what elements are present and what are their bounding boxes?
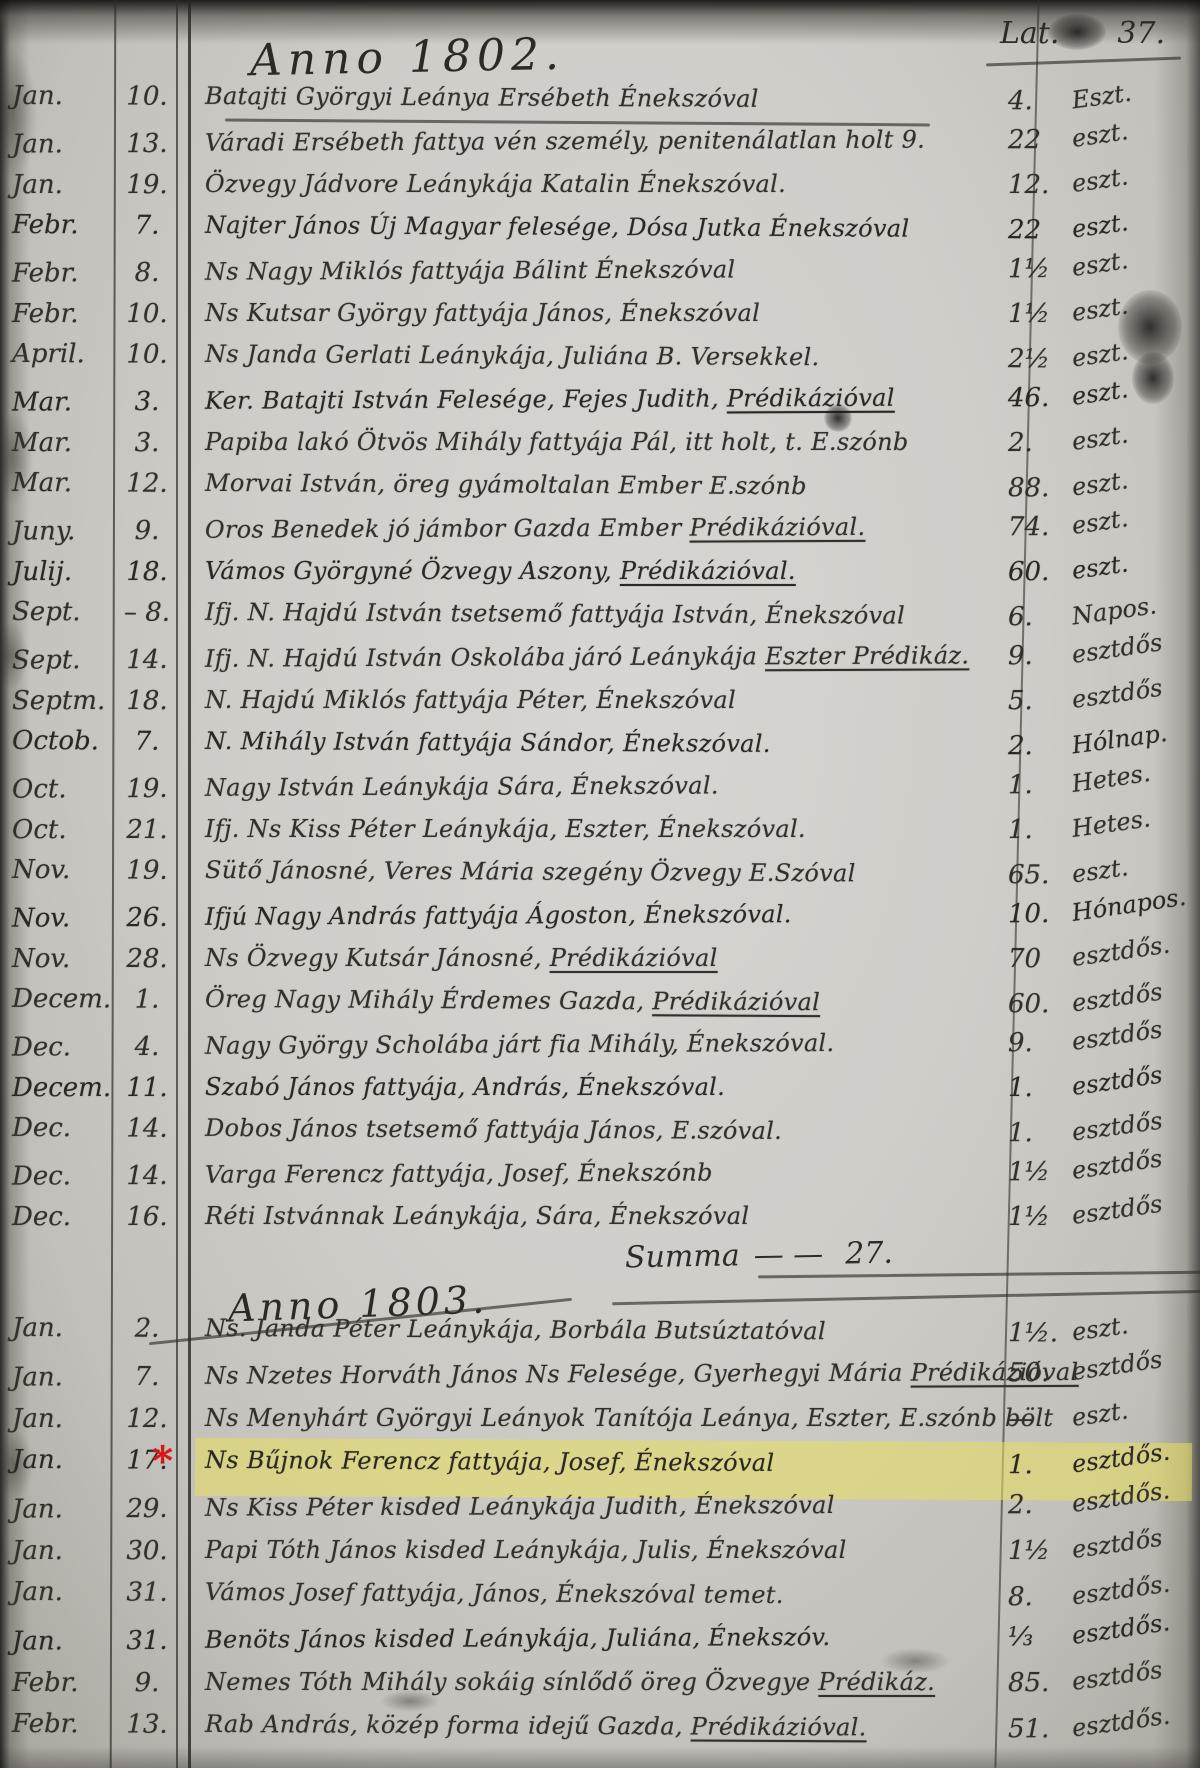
summa-dashes: — — — [753, 1237, 823, 1273]
day-cell: 14. — [114, 1161, 180, 1191]
entries-1802-section: Jan. 10. Batajti Györgyi Leánya Ersébeth… — [0, 84, 1200, 1245]
register-row: Dec. 14. Dobos János tsetsemő fattyája J… — [0, 1113, 1200, 1162]
page-number-underline — [986, 57, 1181, 67]
entry-text: Nagy István Leánykája Sára, Énekszóval. — [205, 771, 719, 801]
register-row: Jan. 10. Batajti Györgyi Leánya Ersébeth… — [0, 81, 1200, 130]
register-row: Febr. 7. Najter János Új Magyar felesége… — [0, 210, 1200, 259]
entry-text: N. Hajdú Miklós fattyája Péter, Énekszóv… — [205, 686, 736, 714]
age-unit: eszt. — [1070, 1311, 1130, 1346]
age-value: 1½ — [1008, 1157, 1050, 1187]
age-value: 1. — [1008, 1118, 1033, 1148]
entry-text: Réti Istvánnak Leánykája, Sára, Énekszóv… — [205, 1202, 749, 1230]
day-cell: – 8. — [114, 597, 180, 627]
age-value: 2. — [1008, 428, 1033, 458]
summa-label: Summa — [625, 1238, 740, 1275]
month-cell: Jan. — [12, 1362, 108, 1392]
register-page-scan: Anno 1802. Lat.37. Jan. 10. Batajti Györ… — [0, 0, 1200, 1768]
entry-text: Ns Menyhárt Györgyi Leányok Tanítója Leá… — [205, 1404, 1053, 1432]
month-cell: Jan. — [12, 170, 108, 200]
month-cell: Oct. — [12, 815, 108, 845]
month-cell: Febr. — [12, 210, 108, 241]
entry-text: Ifjú Nagy András fattyája Ágoston, Éneks… — [205, 900, 792, 931]
day-cell: 12. — [114, 468, 180, 498]
summa-value: 27. — [845, 1236, 893, 1272]
entry-text: N. Mihály István fattyája Sándor, Éneksz… — [205, 727, 771, 758]
month-cell: Jan. — [12, 1626, 108, 1656]
age-value: 12. — [1008, 170, 1049, 200]
entry-text: Ns. Janda Péter Leánykája, Borbála Butsú… — [205, 1314, 826, 1345]
register-row: Septm. 18. N. Hajdú Miklós fattyája Péte… — [0, 686, 1200, 729]
register-row: Nov. 28. Ns Özvegy Kutsár Jánosné, Prédi… — [0, 944, 1200, 987]
register-row: Mar. 3. Papiba lakó Ötvös Mihály fattyáj… — [0, 428, 1200, 471]
age-value: 2. — [1008, 731, 1033, 761]
entry-text: Ns Kiss Péter kisded Leánykája Judith, É… — [205, 1491, 835, 1522]
register-row: Jan. 2. Ns. Janda Péter Leánykája, Borbá… — [0, 1313, 1200, 1363]
age-value: 1. — [1008, 770, 1033, 800]
age-value: 2. — [1008, 1490, 1033, 1520]
month-cell: Julij. — [12, 557, 108, 587]
month-cell: Nov. — [12, 944, 108, 974]
entry-text: Ns Özvegy Kutsár Jánosné, Prédikázióval — [205, 944, 718, 972]
month-cell: Mar. — [12, 428, 108, 458]
age-unit: eszt. — [1070, 208, 1130, 243]
day-cell: 16. — [114, 1202, 180, 1232]
age-value: 1½ — [1008, 1536, 1050, 1566]
day-cell: 4. — [114, 1032, 180, 1062]
day-cell: 13. — [114, 129, 180, 159]
age-value: 51. — [1008, 1714, 1050, 1744]
age-value: 5. — [1008, 686, 1033, 716]
month-cell: Nov. — [12, 903, 108, 933]
day-cell: 10. — [114, 81, 180, 111]
register-row: Oct. 21. Ifj. Ns Kiss Péter Leánykája, E… — [0, 815, 1200, 858]
month-cell: Jan. — [12, 1313, 108, 1344]
month-cell: Mar. — [12, 387, 108, 417]
age-value: 6. — [1008, 602, 1033, 632]
day-cell: 12. — [114, 1404, 180, 1434]
age-value: 50. — [1008, 1358, 1049, 1388]
month-cell: Febr. — [12, 258, 108, 288]
age-value: 4. — [1008, 86, 1033, 116]
age-value: 1. — [1008, 1073, 1033, 1103]
day-cell: 14. — [114, 1113, 180, 1143]
month-cell: Decem. — [12, 984, 108, 1015]
day-cell: 2. — [114, 1313, 180, 1343]
month-cell: Dec. — [12, 1032, 108, 1062]
age-value: 46. — [1008, 383, 1049, 413]
register-row: Sept. – 8. Ifj. N. Hajdú István tsetsemő… — [0, 597, 1200, 646]
age-value: 74. — [1008, 512, 1049, 542]
register-row: Juny. 9. Oros Benedek jó jámbor Gazda Em… — [0, 511, 1200, 559]
register-row: Decem. 11. Szabó János fattyája, András,… — [0, 1073, 1200, 1116]
entry-text: Nemes Tóth Mihály sokáig sínlődő öreg Öz… — [205, 1668, 935, 1696]
register-row: Jan. 17. * Ns Bűjnok Ferencz fattyája, J… — [0, 1445, 1200, 1495]
register-row: Jan. 7. Ns Nzetes Horváth János Ns Feles… — [0, 1357, 1200, 1406]
month-cell: Febr. — [12, 1668, 108, 1698]
register-row: Decem. 1. Öreg Nagy Mihály Érdemes Gazda… — [0, 984, 1200, 1033]
day-cell: 29. — [114, 1494, 180, 1524]
entry-text: Batajti Györgyi Leánya Ersébeth Énekszóv… — [205, 82, 759, 113]
entry-text: Ns Kutsar György fattyája János, Énekszó… — [205, 299, 760, 327]
entry-text: Öreg Nagy Mihály Érdemes Gazda, Prédikáz… — [205, 985, 820, 1016]
register-row: Dec. 14. Varga Ferencz fattyája, Josef, … — [0, 1156, 1200, 1204]
month-cell: Juny. — [12, 516, 108, 546]
day-cell: 9. — [114, 516, 180, 546]
register-row: April. 10. Ns Janda Gerlati Leánykája, J… — [0, 339, 1200, 388]
register-row: Jan. 31. Vámos Josef fattyája, János, Én… — [0, 1577, 1200, 1627]
register-row: Febr. 9. Nemes Tóth Mihály sokáig sínlőd… — [0, 1668, 1200, 1712]
month-cell: Jan. — [12, 1404, 108, 1434]
day-cell: 7. — [114, 1362, 180, 1392]
register-row: Sept. 14. Ifj. N. Hajdú István Oskolába … — [0, 640, 1200, 688]
entry-text: Ns Janda Gerlati Leánykája, Juliána B. V… — [205, 340, 820, 371]
entry-text: Sütő Jánosné, Veres Mária szegény Özvegy… — [205, 856, 856, 887]
entry-text: Vámos Györgyné Özvegy Aszony, Prédikázió… — [205, 557, 796, 585]
entry-text: Ifj. N. Hajdú István tsetsemő fattyája I… — [205, 598, 905, 630]
day-cell: 8. — [114, 258, 180, 288]
age-value: 60. — [1008, 989, 1050, 1019]
day-cell: 26. — [114, 903, 180, 933]
ink-blot — [1048, 14, 1106, 50]
age-unit: eszt. — [1070, 853, 1130, 888]
month-cell: Jan. — [12, 1494, 108, 1524]
register-row: Nov. 26. Ifjú Nagy András fattyája Ágost… — [0, 898, 1200, 946]
month-cell: Dec. — [12, 1113, 108, 1144]
month-cell: Octob. — [12, 726, 108, 757]
month-cell: Oct. — [12, 774, 108, 804]
entry-text: Papi Tóth János kisded Leánykája, Julis,… — [205, 1536, 847, 1564]
register-row: Mar. 12. Morvai István, öreg gyámoltalan… — [0, 468, 1200, 517]
entry-text: Ifj. N. Hajdú István Oskolába járó Leány… — [205, 641, 969, 672]
entry-text: Váradi Ersébeth fattya vén személy, peni… — [205, 126, 925, 157]
register-row: Febr. 10. Ns Kutsar György fattyája Jáno… — [0, 299, 1200, 342]
register-row: Dec. 4. Nagy György Scholába járt fia Mi… — [0, 1027, 1200, 1075]
age-value: 10. — [1008, 899, 1049, 929]
age-value: 85. — [1008, 1668, 1049, 1698]
month-cell: Jan. — [12, 1577, 108, 1608]
month-cell: Decem. — [12, 1073, 108, 1103]
day-cell: 9. — [114, 1668, 180, 1698]
month-cell: Jan. — [12, 1536, 108, 1566]
age-value: 1½ — [1008, 1202, 1050, 1232]
month-cell: April. — [12, 339, 108, 370]
month-cell: Febr. — [12, 299, 108, 329]
register-row: Jan. 30. Papi Tóth János kisded Leánykáj… — [0, 1536, 1200, 1580]
entry-text: Ns Bűjnok Ferencz fattyája, Josef, Éneks… — [205, 1446, 774, 1477]
entry-text: Ns Nzetes Horváth János Ns Felesége, Gye… — [205, 1358, 1079, 1390]
age-value: 65. — [1008, 860, 1050, 890]
day-cell: 10. — [114, 339, 180, 369]
age-value: 8. — [1008, 1582, 1033, 1612]
day-cell: 31. — [114, 1577, 180, 1607]
entry-text: Szabó János fattyája, András, Énekszóval… — [205, 1073, 725, 1101]
entry-text: Najter János Új Magyar felesége, Dósa Ju… — [205, 211, 909, 243]
age-value: — — [1008, 1404, 1034, 1434]
age-unit: Eszt. — [1070, 79, 1133, 115]
day-cell: 19. — [114, 170, 180, 200]
day-cell: 21. — [114, 815, 180, 845]
entry-text: Oros Benedek jó jámbor Gazda Ember Prédi… — [205, 513, 866, 544]
age-value: 22 — [1008, 215, 1041, 245]
day-cell: 31. — [114, 1626, 180, 1656]
entry-text: Vámos Josef fattyája, János, Énekszóval … — [205, 1578, 784, 1609]
entry-text: Benöts János kisded Leánykája, Juliána, … — [205, 1623, 831, 1654]
register-row: Julij. 18. Vámos Györgyné Özvegy Aszony,… — [0, 557, 1200, 600]
day-cell: 13. — [114, 1709, 180, 1739]
age-unit: eszt. — [1070, 466, 1130, 501]
age-value: ⅓ — [1008, 1622, 1033, 1652]
month-cell: Febr. — [12, 1709, 108, 1740]
register-row: Febr. 8. Ns Nagy Miklós fattyája Bálint … — [0, 253, 1200, 301]
day-cell: 7. — [114, 726, 180, 756]
age-value: 88. — [1008, 473, 1050, 503]
annotation-asterisk: * — [152, 1442, 173, 1482]
page-number: 37. — [1117, 16, 1165, 51]
entry-text: Nagy György Scholába járt fia Mihály, Én… — [205, 1029, 835, 1060]
register-row: Oct. 19. Nagy István Leánykája Sára, Éne… — [0, 769, 1200, 817]
entry-text: Rab András, közép forma idejű Gazda, Pré… — [205, 1710, 867, 1741]
age-value: 9. — [1008, 1028, 1033, 1058]
entry-text: Ns Nagy Miklós fattyája Bálint Énekszóva… — [205, 255, 736, 285]
day-cell: 18. — [114, 686, 180, 716]
day-cell: 7. — [114, 210, 180, 240]
day-cell: 3. — [114, 428, 180, 458]
entry-text: Ker. Batajti István Felesége, Fejes Judi… — [205, 384, 895, 415]
register-row: Dec. 16. Réti Istvánnak Leánykája, Sára,… — [0, 1202, 1200, 1245]
register-row: Jan. 29. Ns Kiss Péter kisded Leánykája … — [0, 1489, 1200, 1538]
day-cell: 10. — [114, 299, 180, 329]
month-cell: Septm. — [12, 686, 108, 716]
register-row: Mar. 3. Ker. Batajti István Felesége, Fe… — [0, 382, 1200, 430]
register-row: Nov. 19. Sütő Jánosné, Veres Mária szegé… — [0, 855, 1200, 904]
entry-text: Dobos János tsetsemő fattyája János, E.s… — [205, 1114, 782, 1145]
entry-text: Papiba lakó Ötvös Mihály fattyája Pál, i… — [205, 428, 909, 456]
age-value: 1. — [1008, 1450, 1033, 1480]
day-cell: 1. — [114, 984, 180, 1014]
register-row: Jan. 19. Özvegy Jádvore Leánykája Katali… — [0, 170, 1200, 213]
age-value: 1. — [1008, 815, 1033, 845]
entry-text: Özvegy Jádvore Leánykája Katalin Énekszó… — [205, 170, 786, 198]
heading-1803-rule — [612, 1290, 1200, 1306]
year-heading-1802: Anno 1802. — [250, 29, 566, 87]
entries-1803-section: Jan. 2. Ns. Janda Péter Leánykája, Borbá… — [0, 1316, 1200, 1756]
age-value: 1½. — [1008, 1318, 1058, 1348]
register-row: Jan. 31. Benöts János kisded Leánykája, … — [0, 1621, 1200, 1670]
month-cell: Sept. — [12, 597, 108, 628]
age-value: 1½ — [1008, 254, 1050, 284]
age-value: 1½ — [1008, 299, 1050, 329]
age-value: 22 — [1008, 125, 1041, 155]
entry-text: Morvai István, öreg gyámoltalan Ember E.… — [205, 469, 807, 500]
age-value: 2½ — [1008, 344, 1050, 374]
register-row: Febr. 13. Rab András, közép forma idejű … — [0, 1709, 1200, 1759]
age-value: 9. — [1008, 641, 1033, 671]
ink-blot — [1132, 352, 1174, 404]
summa-line: Summa— —27. — [625, 1236, 893, 1276]
day-cell: 11. — [114, 1073, 180, 1103]
register-row: Jan. 13. Váradi Ersébeth fattya vén szem… — [0, 124, 1200, 172]
month-cell: Nov. — [12, 855, 108, 886]
month-cell: Dec. — [12, 1161, 108, 1191]
entry-text: Varga Ferencz fattyája, Josef, Énekszónb — [205, 1159, 713, 1189]
age-value: 70 — [1008, 944, 1041, 974]
day-cell: 28. — [114, 944, 180, 974]
entry-text: Ifj. Ns Kiss Péter Leánykája, Eszter, Én… — [205, 815, 806, 843]
day-cell: 30. — [114, 1536, 180, 1566]
day-cell: 3. — [114, 387, 180, 417]
month-cell: Dec. — [12, 1202, 108, 1232]
day-cell: 19. — [114, 855, 180, 885]
day-cell: 19. — [114, 774, 180, 804]
age-value: 60. — [1008, 557, 1049, 587]
day-cell: 14. — [114, 645, 180, 675]
register-row: Octob. 7. N. Mihály István fattyája Sánd… — [0, 726, 1200, 775]
day-cell: 18. — [114, 557, 180, 587]
